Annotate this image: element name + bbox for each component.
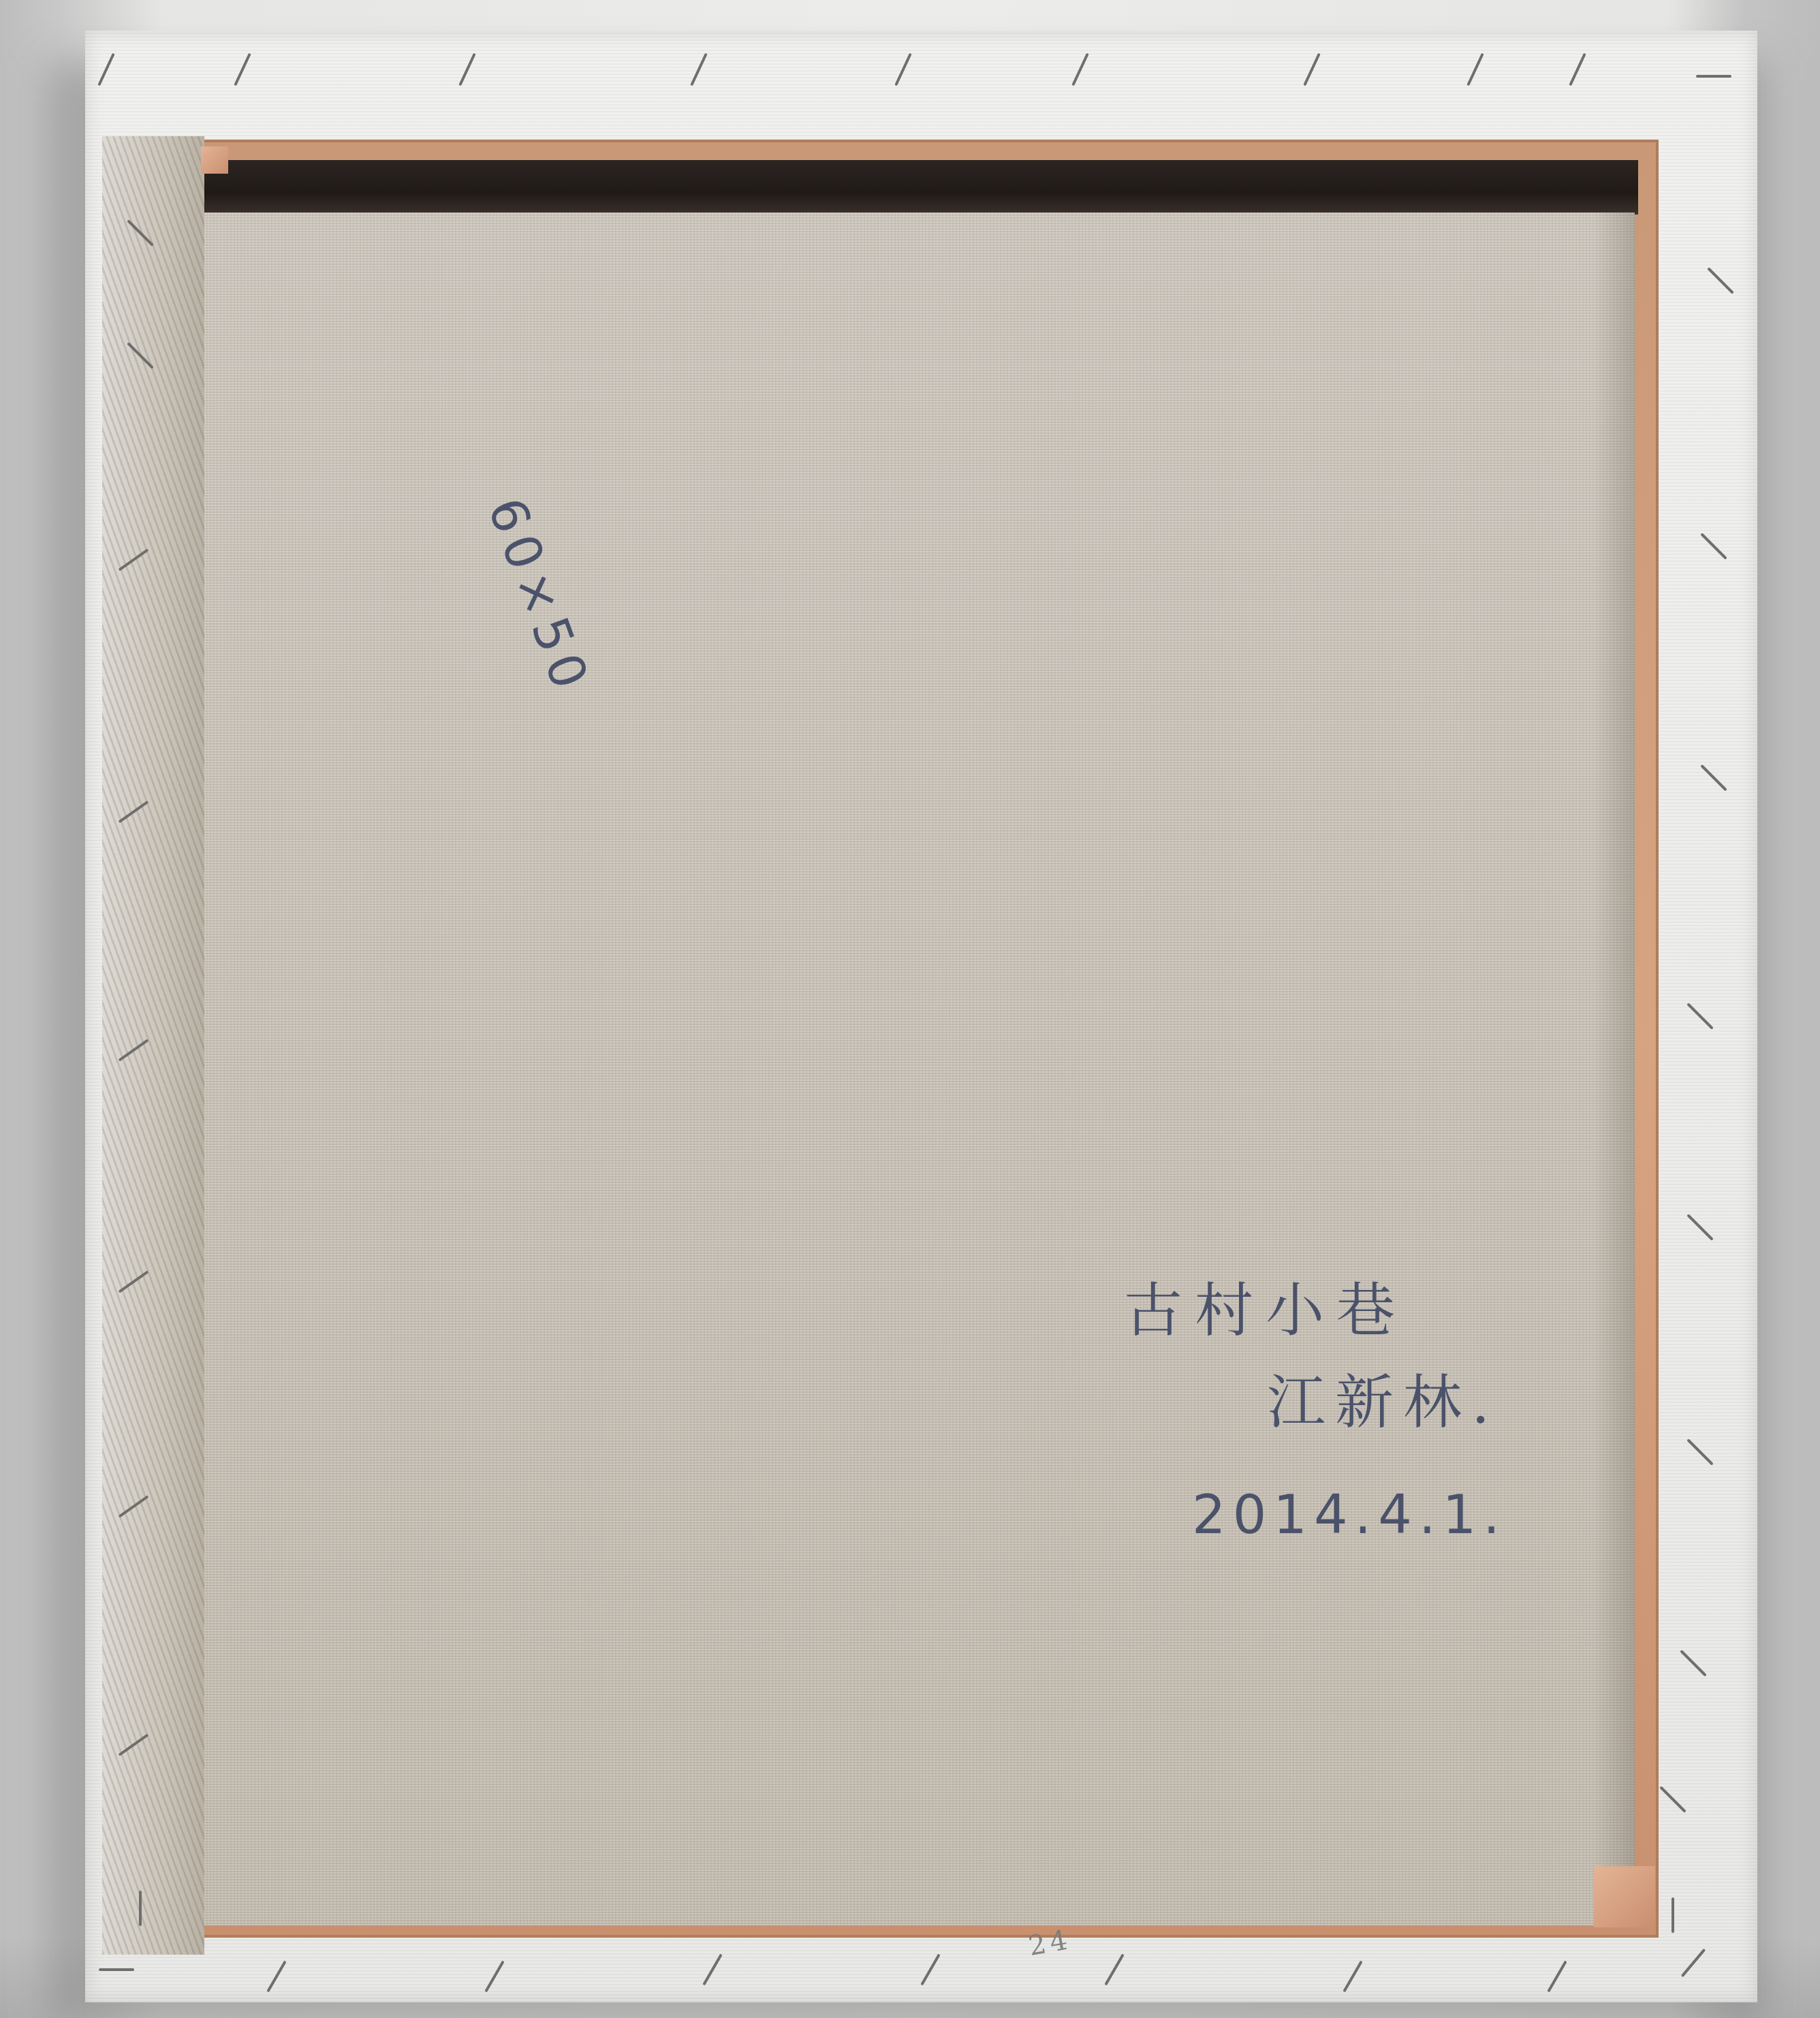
painting-title-inscription: 古村小巷 (1124, 1263, 1407, 1348)
top-dark-gap (204, 160, 1638, 215)
artist-signature: 江新林. (1267, 1355, 1499, 1440)
linen-back-panel (204, 212, 1635, 1925)
corner-brace-bottom-right (1594, 1866, 1655, 1927)
staple-icon (1696, 75, 1731, 78)
date-inscription: 2014.4.1. (1192, 1485, 1507, 1546)
corner-brace-top-left (201, 146, 228, 174)
frayed-left-canvas-edge (102, 136, 204, 1955)
staple-icon (139, 1891, 142, 1926)
staple-icon (99, 1968, 134, 1971)
linen-shadow (1594, 212, 1635, 1925)
staple-icon (1672, 1897, 1674, 1933)
